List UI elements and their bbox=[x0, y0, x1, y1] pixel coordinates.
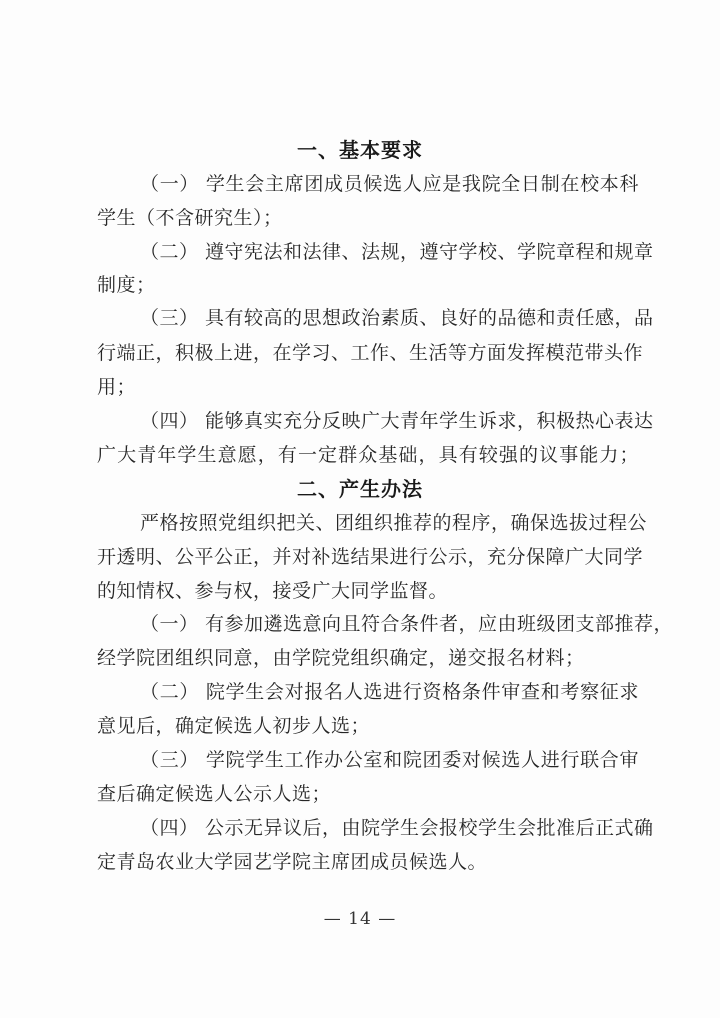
paragraph-line: 定青岛农业大学园艺学院主席团成员候选人。 bbox=[97, 849, 639, 875]
paragraph-line: 开透明、公平公正，并对补选结果进行公示，充分保障广大同学 bbox=[97, 544, 639, 570]
paragraph-line: 意见后，确定候选人初步人选； bbox=[97, 713, 639, 739]
paragraph-line: 学生（不含研究生）； bbox=[97, 205, 639, 231]
paragraph-line: （二） 遵守宪法和法律、法规，遵守学校、学院章程和规章 bbox=[140, 239, 639, 265]
paragraph-line: 用； bbox=[97, 374, 639, 400]
paragraph-line: （四） 能够真实充分反映广大青年学生诉求，积极热心表达 bbox=[140, 408, 639, 434]
paragraph-line: 广大青年学生意愿，有一定群众基础，具有较强的议事能力； bbox=[97, 442, 639, 468]
paragraph-line: 查后确定候选人公示人选； bbox=[97, 781, 639, 807]
section-heading-basic-requirements: 一、基本要求 bbox=[0, 137, 720, 163]
document-page: 一、基本要求 （一） 学生会主席团成员候选人应是我院全日制在校本科 学生（不含研… bbox=[0, 0, 720, 1018]
paragraph-line: 制度； bbox=[97, 272, 639, 298]
section-heading-selection-method: 二、产生办法 bbox=[0, 476, 720, 502]
paragraph-line: （一） 有参加遴选意向且符合条件者，应由班级团支部推荐， bbox=[140, 611, 639, 637]
page-number: — 14 — bbox=[0, 909, 720, 929]
paragraph-line: （四） 公示无异议后，由院学生会报校学生会批准后正式确 bbox=[140, 815, 639, 841]
paragraph-line: 严格按照党组织把关、团组织推荐的程序，确保选拔过程公 bbox=[140, 510, 639, 536]
paragraph-line: 行端正，积极上进，在学习、工作、生活等方面发挥模范带头作 bbox=[97, 340, 639, 366]
paragraph-line: （三） 具有较高的思想政治素质、良好的品德和责任感，品 bbox=[140, 305, 639, 331]
paragraph-line: 经学院团组织同意，由学院党组织确定，递交报名材料； bbox=[97, 645, 639, 671]
paragraph-line: （三） 学院学生工作办公室和院团委对候选人进行联合审 bbox=[140, 747, 639, 773]
paragraph-line: 的知情权、参与权，接受广大同学监督。 bbox=[97, 578, 639, 604]
paragraph-line: （一） 学生会主席团成员候选人应是我院全日制在校本科 bbox=[140, 171, 639, 197]
paragraph-line: （二） 院学生会对报名人选进行资格条件审查和考察征求 bbox=[140, 679, 639, 705]
